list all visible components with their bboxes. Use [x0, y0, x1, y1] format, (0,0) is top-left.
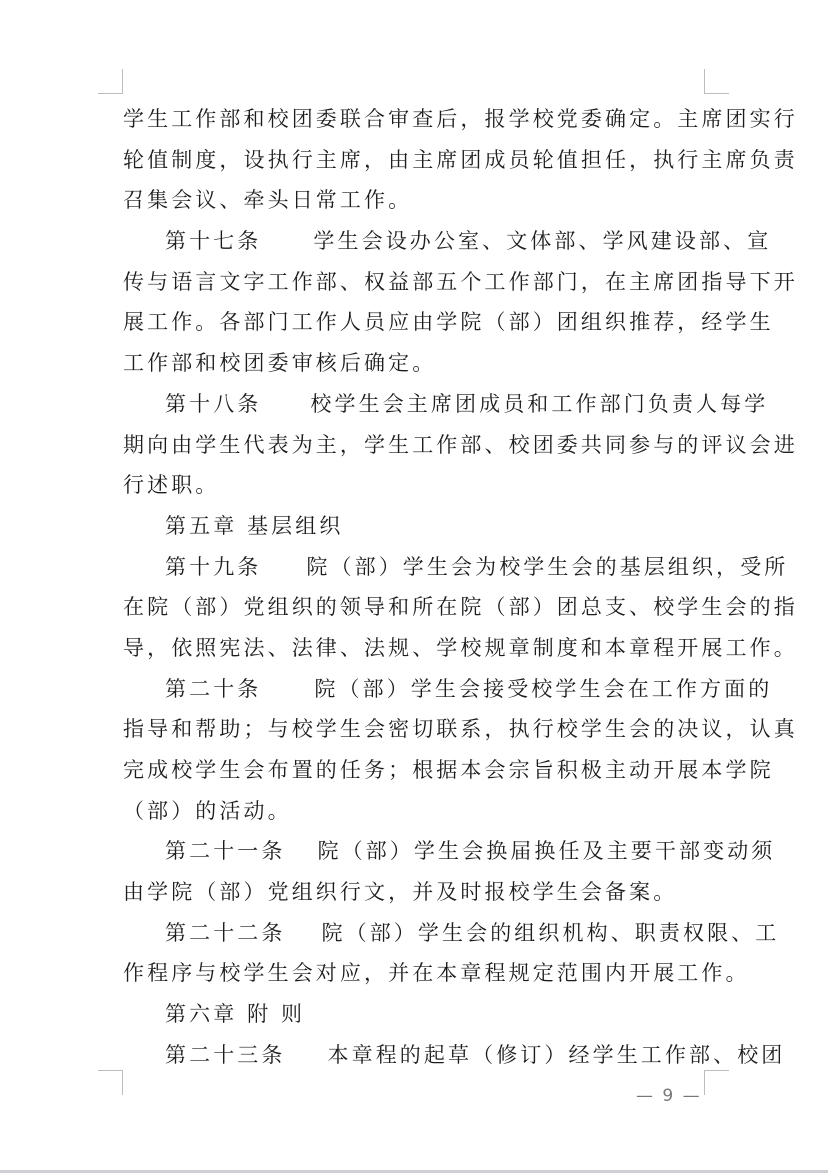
line-text: 学生工作部和校团委联合审查后，报学校党委确定。主席团实行 — [123, 107, 798, 131]
text-line: 作程序与校学生会对应，并在本章程规定范围内开展工作。 — [123, 953, 707, 994]
article-label: 第二十一条 — [165, 831, 286, 872]
article-label: 第二十三条 — [165, 1035, 286, 1076]
page-corner-marker-top-left — [98, 69, 123, 94]
article-label: 第二十条 — [165, 669, 261, 710]
line-text: 展工作。各部门工作人员应由学院（部）团组织推荐，经学生 — [123, 310, 774, 334]
line-text: 召集会议、牵头日常工作。 — [123, 188, 412, 212]
text-line: 工作部和校团委审核后确定。 — [123, 343, 707, 384]
article-label: 第二十二条 — [165, 913, 286, 954]
line-text: 指导和帮助；与校学生会密切联系，执行校学生会的决议，认真 — [123, 717, 798, 741]
text-line: 导，依照宪法、法律、法规、学校规章制度和本章程开展工作。 — [123, 628, 707, 669]
text-line: 轮值制度，设执行主席，由主席团成员轮值担任，执行主席负责 — [123, 140, 707, 181]
article-line: 第十八条校学生会主席团成员和工作部门负责人每学 — [123, 384, 707, 425]
text-line: 传与语言文字工作部、权益部五个工作部门，在主席团指导下开 — [123, 262, 707, 303]
page-corner-marker-bottom-left — [98, 1070, 123, 1095]
page-number: — 9 — — [636, 1086, 702, 1106]
text-line: （部）的活动。 — [123, 791, 707, 832]
line-text: 本章程的起草（修订）经学生工作部、校团 — [328, 1043, 786, 1067]
article-label: 第十八条 — [165, 384, 261, 425]
line-text: 院（部）学生会换届换任及主要干部变动须 — [318, 839, 776, 863]
line-text: 作程序与校学生会对应，并在本章程规定范围内开展工作。 — [123, 961, 750, 985]
text-line: 在院（部）党组织的领导和所在院（部）团总支、校学生会的指 — [123, 587, 707, 628]
line-text: 由学院（部）党组织行文，并及时报校学生会备案。 — [123, 880, 677, 904]
document-page: 学生工作部和校团委联合审查后，报学校党委确定。主席团实行轮值制度，设执行主席，由… — [0, 0, 828, 1170]
page-corner-marker-top-right — [704, 69, 729, 94]
text-line: 期向由学生代表为主，学生工作部、校团委共同参与的评议会进 — [123, 425, 707, 466]
text-line: 召集会议、牵头日常工作。 — [123, 180, 707, 221]
line-text: 院（部）学生会为校学生会的基层组织，受所 — [306, 555, 788, 579]
article-line: 第二十条院（部）学生会接受校学生会在工作方面的 — [123, 669, 707, 710]
line-text: 工作部和校团委审核后确定。 — [123, 351, 436, 375]
line-text: 导，依照宪法、法律、法规、学校规章制度和本章程开展工作。 — [123, 636, 798, 660]
article-line: 第十七条学生会设办公室、文体部、学风建设部、宣 — [123, 221, 707, 262]
article-line: 第二十二条院（部）学生会的组织机构、职责权限、工 — [123, 913, 707, 954]
text-line: 行述职。 — [123, 465, 707, 506]
article-label: 第十七条 — [165, 221, 261, 262]
article-label: 第十九条 — [165, 547, 261, 588]
text-line: 完成校学生会布置的任务；根据本会宗旨积极主动开展本学院 — [123, 750, 707, 791]
text-line: 学生工作部和校团委联合审查后，报学校党委确定。主席团实行 — [123, 99, 707, 140]
line-text: 行述职。 — [123, 473, 219, 497]
article-line: 第二十三条本章程的起草（修订）经学生工作部、校团 — [123, 1035, 707, 1076]
line-text: 在院（部）党组织的领导和所在院（部）团总支、校学生会的指 — [123, 595, 798, 619]
line-text: 第五章 基层组织 — [165, 514, 343, 538]
line-text: 传与语言文字工作部、权益部五个工作部门，在主席团指导下开 — [123, 270, 798, 294]
line-text: 期向由学生代表为主，学生工作部、校团委共同参与的评议会进 — [123, 433, 798, 457]
line-text: 院（部）学生会的组织机构、职责权限、工 — [322, 921, 780, 945]
text-line: 指导和帮助；与校学生会密切联系，执行校学生会的决议，认真 — [123, 709, 707, 750]
line-text: （部）的活动。 — [123, 799, 292, 823]
line-text: 第六章 附 则 — [165, 1002, 305, 1026]
line-text: 完成校学生会布置的任务；根据本会宗旨积极主动开展本学院 — [123, 758, 774, 782]
article-line: 第二十一条院（部）学生会换届换任及主要干部变动须 — [123, 831, 707, 872]
line-text: 学生会设办公室、文体部、学风建设部、宣 — [313, 229, 771, 253]
paragraph-start-line: 第五章 基层组织 — [123, 506, 707, 547]
line-text: 校学生会主席团成员和工作部门负责人每学 — [310, 392, 768, 416]
text-line: 展工作。各部门工作人员应由学院（部）团组织推荐，经学生 — [123, 302, 707, 343]
article-line: 第十九条院（部）学生会为校学生会的基层组织，受所 — [123, 547, 707, 588]
line-text: 院（部）学生会接受校学生会在工作方面的 — [314, 677, 772, 701]
paragraph-start-line: 第六章 附 则 — [123, 994, 707, 1035]
text-line: 由学院（部）党组织行文，并及时报校学生会备案。 — [123, 872, 707, 913]
document-body: 学生工作部和校团委联合审查后，报学校党委确定。主席团实行轮值制度，设执行主席，由… — [123, 99, 707, 1076]
line-text: 轮值制度，设执行主席，由主席团成员轮值担任，执行主席负责 — [123, 148, 798, 172]
